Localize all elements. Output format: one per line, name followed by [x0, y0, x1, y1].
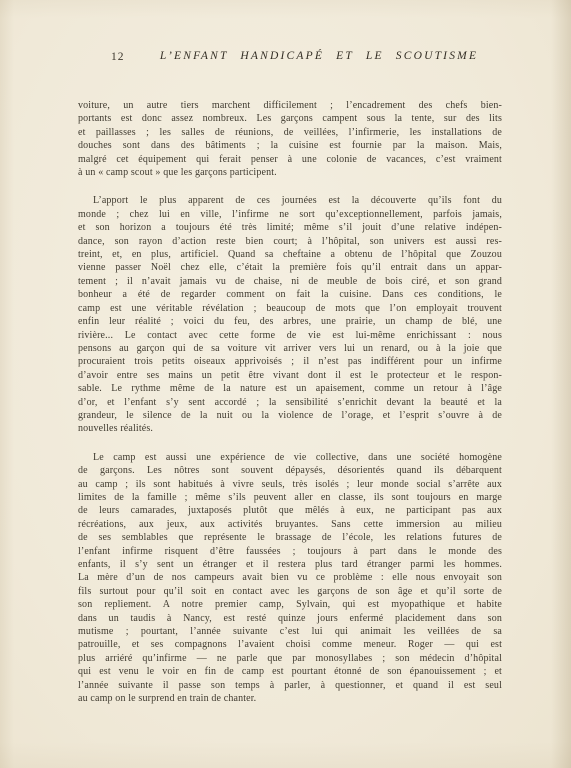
scanned-book-page: 12 L’ENFANT HANDICAPÉ ET LE SCOUTISME vo…: [0, 0, 571, 768]
text-line: l’année suivante il passe son temps à pa…: [78, 679, 502, 692]
text-line: douches sont dans des bâtiments ; la cui…: [78, 139, 502, 152]
text-line: qui est venu le voir en fin de camp est …: [78, 665, 502, 678]
text-line: La mère d’un de nos campeurs avait bien …: [78, 571, 502, 584]
text-line: mutisme ; pourtant, l’année suivante c’e…: [78, 625, 502, 638]
text-line: L’apport le plus apparent de ces journée…: [78, 194, 502, 207]
text-line: l’enfant infirme risquent d’être faussée…: [78, 545, 502, 558]
text-line: limites de la famille ; même s’ils peuve…: [78, 491, 502, 504]
text-line: Le camp est aussi une expérience de vie …: [78, 451, 502, 464]
text-line: pensons au garçon qui de sa voiture vit …: [78, 342, 502, 355]
text-line: récréations, aux jeux, aux activités bru…: [78, 518, 502, 531]
text-line: son repliement. A notre premier camp, Sy…: [78, 598, 502, 611]
text-line: au camp ; ils sont habitués à vivre seul…: [78, 478, 502, 491]
text-line: de garçons. Les nôtres sont souvent dépa…: [78, 464, 502, 477]
text-line: patrouille, et ses compagnons l’avaient …: [78, 638, 502, 651]
text-line: rivière... Le contact avec cette forme d…: [78, 329, 502, 342]
text-line: procuraient trois petits oiseaux apprivo…: [78, 355, 502, 368]
text-line: nouvelles réalités.: [78, 422, 502, 435]
text-line: dans un taudis à Nancy, est resté quinze…: [78, 612, 502, 625]
text-line: et paillasses ; les salles de réunions, …: [78, 126, 502, 139]
text-line: portants est donc assez nombreux. Les ga…: [78, 112, 502, 125]
text-line: à un « camp scout » que les garçons part…: [78, 166, 502, 179]
paragraph: Le camp est aussi une expérience de vie …: [78, 451, 502, 706]
paragraph: voiture, un autre tiers marchent diffici…: [78, 99, 502, 179]
text-line: et son horizon a toujours été très limit…: [78, 221, 502, 234]
text-line: enfants, il s’y sent un étranger et il r…: [78, 558, 502, 571]
text-line: de ses semblables que représente le bras…: [78, 531, 502, 544]
page-header: 12 L’ENFANT HANDICAPÉ ET LE SCOUTISME: [78, 50, 502, 68]
text-line: plus arriéré qu’infirme — ne parle que p…: [78, 652, 502, 665]
text-line: d’avoir entre ses mains un petit être vi…: [78, 369, 502, 382]
text-line: vienne passer Noël chez elle, c’était la…: [78, 261, 502, 274]
text-line: dance, son rayon d’action reste bien cou…: [78, 235, 502, 248]
text-line: au camp on le surprend en train de chant…: [78, 692, 502, 705]
paragraph: L’apport le plus apparent de ces journée…: [78, 194, 502, 435]
text-line: fils surtout pour qu’il soit en contact …: [78, 585, 502, 598]
text-line: de leurs camarades, juxtaposés plutôt qu…: [78, 504, 502, 517]
running-title: L’ENFANT HANDICAPÉ ET LE SCOUTISME: [136, 50, 502, 62]
text-line: malgré cet équipement qui ferait penser …: [78, 153, 502, 166]
text-line: voiture, un autre tiers marchent diffici…: [78, 99, 502, 112]
text-line: sable. Le rythme même de la nature est u…: [78, 382, 502, 395]
text-line: enfin leur réalité ; voici du feu, des a…: [78, 315, 502, 328]
text-line: d’or, et l’enfant s’y sent accordé ; la …: [78, 396, 502, 409]
text-line: camp est une véritable révélation ; beau…: [78, 302, 502, 315]
text-line: tement ; il n’avait jamais vu de chaise,…: [78, 275, 502, 288]
text-line: grandeur, le silence de la nuit ou la vi…: [78, 409, 502, 422]
body-text: voiture, un autre tiers marchent diffici…: [78, 99, 502, 705]
text-line: monde ; chez lui en ville, l’infirme ne …: [78, 208, 502, 221]
text-line: bonheur a été de regarder comment on fai…: [78, 288, 502, 301]
page-number: 12: [111, 51, 125, 63]
text-line: treint, et, en plus, artificiel. Quand s…: [78, 248, 502, 261]
